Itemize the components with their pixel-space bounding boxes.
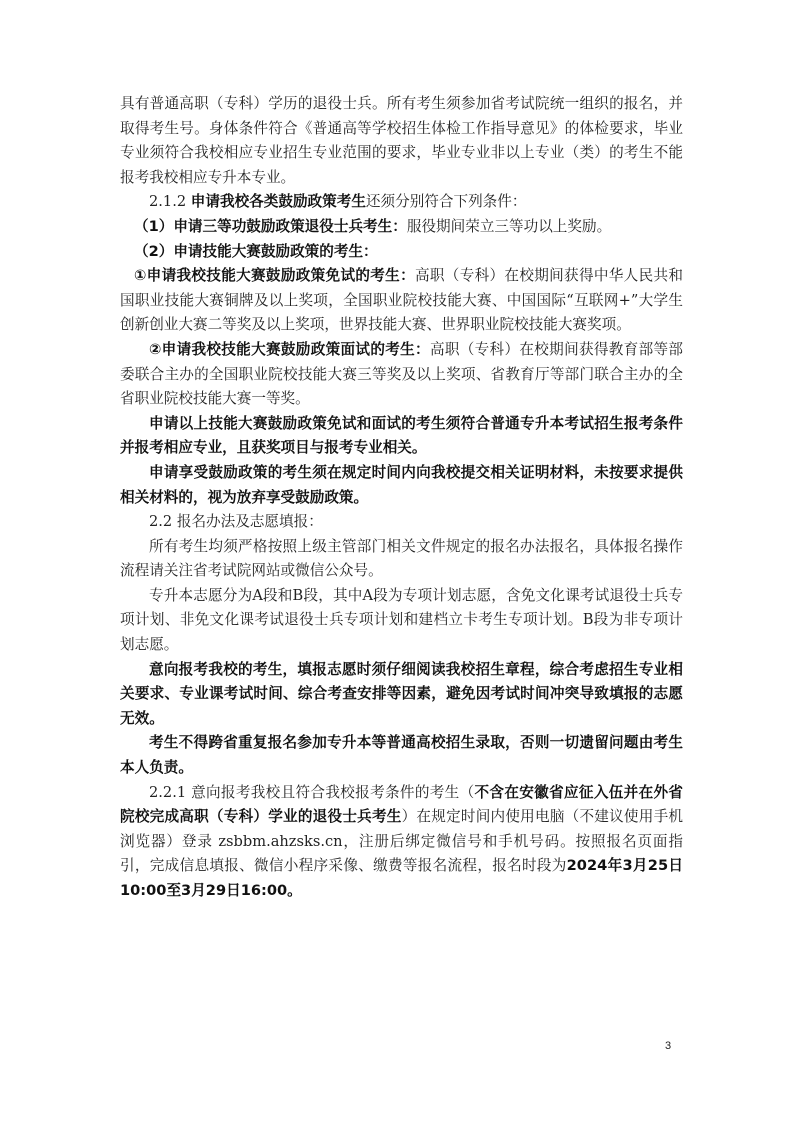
section-heading: 2.2 报名办法及志愿填报：: [149, 513, 323, 530]
paragraph-skills-requirement: 申请以上技能大赛鼓励政策免试和面试的考生须符合普通专升本考试招生报考条件并报考相…: [120, 412, 683, 461]
paragraph-skills-interview: ②申请我校技能大赛鼓励政策面试的考生：高职（专科）在校期间获得教育部等部委联合主…: [120, 338, 683, 412]
paragraph-registration-method: 所有考生均须严格按照上级主管部门相关文件规定的报名办法报名，具体报名操作流程请关…: [120, 535, 683, 584]
bold-text: 申请以上技能大赛鼓励政策免试和面试的考生须符合普通专升本考试招生报考条件并报考相…: [120, 415, 683, 457]
bold-text: ②申请我校技能大赛鼓励政策面试的考生：: [149, 341, 430, 358]
bold-text: ①申请我校技能大赛鼓励政策免试的考生：: [134, 267, 415, 284]
paragraph-2-1-2-heading: 2.1.2 申请我校各类鼓励政策考生还须分别符合下列条件：: [120, 190, 683, 215]
paragraph-skills-policy-heading: （2）申请技能大赛鼓励政策的考生：: [120, 240, 683, 265]
bold-text: （2）申请技能大赛鼓励政策的考生：: [134, 243, 378, 260]
paragraph-eligibility: 具有普通高职（专科）学历的退役士兵。所有考生须参加省考试院统一组织的报名，并取得…: [120, 92, 683, 190]
paragraph-volunteer-notice: 意向报考我校的考生，填报志愿时须仔细阅读我校招生章程，综合考虑招生专业相关要求、…: [120, 658, 683, 732]
paragraph-materials-requirement: 申请享受鼓励政策的考生须在规定时间内向我校提交相关证明材料，未按要求提供相关材料…: [120, 461, 683, 510]
paragraph-2-2-1-registration: 2.2.1 意向报考我校且符合我校报考条件的考生（不含在安徽省应征入伍并在外省院…: [120, 781, 683, 904]
paragraph-merit-policy: （1）申请三等功鼓励政策退役士兵考生：服役期间荣立三等功以上奖励。: [120, 215, 683, 240]
document-page: 具有普通高职（专科）学历的退役士兵。所有考生须参加省考试院统一组织的报名，并取得…: [120, 92, 683, 904]
paragraph-2-2-heading: 2.2 报名办法及志愿填报：: [120, 510, 683, 535]
bold-text: （1）申请三等功鼓励政策退役士兵考生：: [134, 218, 407, 235]
paragraph-text: 服役期间荣立三等功以上奖励。: [407, 218, 611, 235]
paragraph-text: 所有考生均须严格按照上级主管部门相关文件规定的报名办法报名，具体报名操作流程请关…: [120, 538, 683, 580]
bold-text: 申请我校各类鼓励政策考生: [191, 193, 366, 210]
paragraph-volunteer-segments: 专升本志愿分为A段和B段，其中A段为专项计划志愿，含免文化课考试退役士兵专项计划…: [120, 584, 683, 658]
bold-text: 考生不得跨省重复报名参加专升本等普通高校招生录取，否则一切遗留问题由考生本人负责…: [120, 734, 683, 776]
paragraph-text: 专升本志愿分为A段和B段，其中A段为专项计划志愿，含免文化课考试退役士兵专项计划…: [120, 587, 683, 653]
paragraph-text: 具有普通高职（专科）学历的退役士兵。所有考生须参加省考试院统一组织的报名，并取得…: [120, 95, 683, 186]
section-number: 2.1.2: [149, 193, 191, 210]
bold-text: 意向报考我校的考生，填报志愿时须仔细阅读我校招生章程，综合考虑招生专业相关要求、…: [120, 661, 683, 727]
bold-text: 申请享受鼓励政策的考生须在规定时间内向我校提交相关证明材料，未按要求提供相关材料…: [120, 464, 683, 506]
paragraph-duplicate-warning: 考生不得跨省重复报名参加专升本等普通高校招生录取，否则一切遗留问题由考生本人负责…: [120, 731, 683, 780]
paragraph-skills-exempt: ①申请我校技能大赛鼓励政策免试的考生：高职（专科）在校期间获得中华人民共和国职业…: [120, 264, 683, 338]
paragraph-text: 还须分别符合下列条件：: [366, 193, 527, 210]
page-number: 3: [665, 1040, 671, 1052]
paragraph-text: 2.2.1 意向报考我校且符合我校报考条件的考生（: [149, 784, 475, 801]
